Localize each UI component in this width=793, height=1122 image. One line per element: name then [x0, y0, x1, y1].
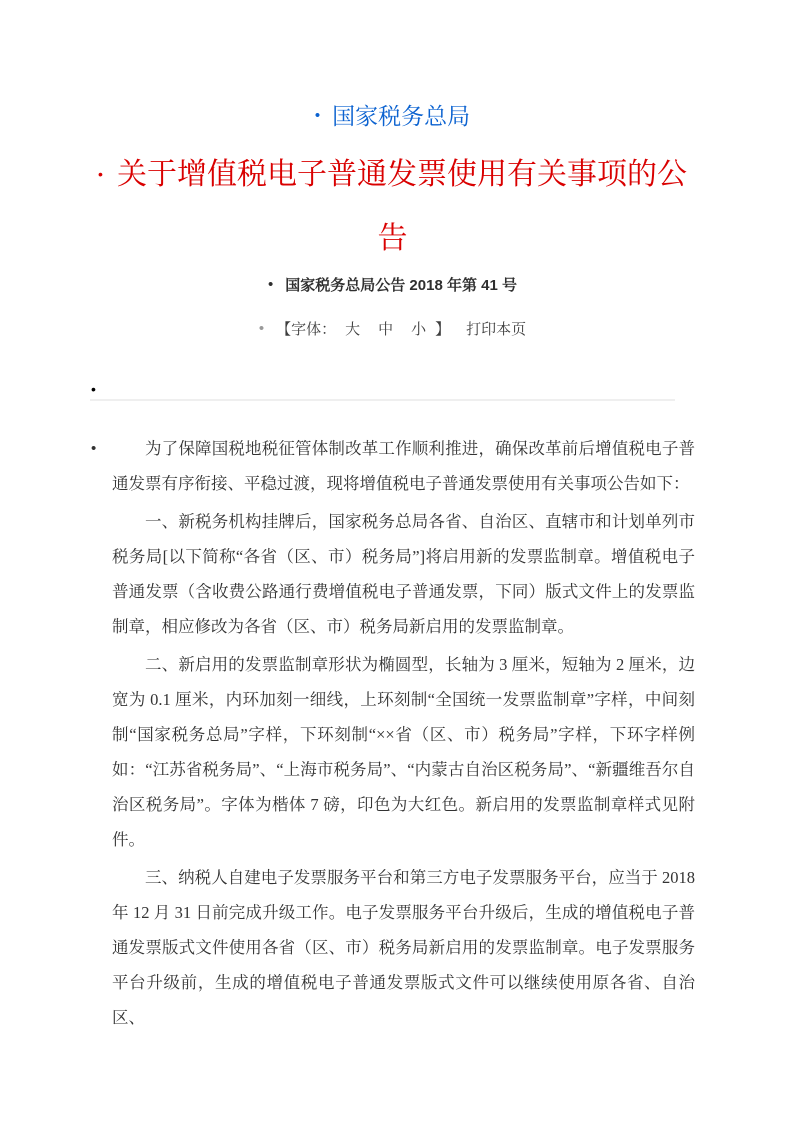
list-item-empty: •: [90, 382, 695, 396]
doc-number: 国家税务总局公告 2018 年第 41 号: [285, 277, 517, 294]
document-page: { "bullet_glyph": "•", "header": { "site…: [0, 0, 793, 1122]
font-size-bar: •【字体：大中小】打印本页: [90, 319, 695, 342]
bullet-icon: •: [315, 108, 320, 123]
bullet-icon: •: [91, 382, 96, 396]
body-paragraph: 一、新税务机构挂牌后，国家税务总局各省、自治区、直辖市和计划单列市税务局[以下简…: [112, 504, 695, 644]
article-title: 关于增值税电子普通发票使用有关事项的公告: [117, 158, 687, 255]
announcement-body: 为了保障国税地税征管体制改革工作顺利推进，确保改革前后增值税电子普通发票有序衔接…: [112, 431, 695, 1035]
bullet-icon: •: [268, 277, 273, 292]
font-size-medium-button[interactable]: 中: [378, 322, 393, 338]
body-paragraph: 三、纳税人自建电子发票服务平台和第三方电子发票服务平台，应当于 2018 年 1…: [112, 860, 695, 1035]
body-paragraph: 为了保障国税地税征管体制改革工作顺利推进，确保改革前后增值税电子普通发票有序衔接…: [112, 431, 695, 501]
divider: [90, 399, 675, 401]
bullet-icon: •: [259, 321, 264, 336]
font-size-small-button[interactable]: 小: [411, 322, 426, 338]
site-link[interactable]: 国家税务总局: [332, 103, 470, 129]
font-bar-suffix: 】: [435, 322, 450, 338]
body-paragraph: 二、新启用的发票监制章形状为椭圆型，长轴为 3 厘米，短轴为 2 厘米，边宽为 …: [112, 647, 695, 857]
bullet-icon: •: [98, 167, 103, 181]
bullet-icon: •: [91, 431, 96, 466]
font-size-large-button[interactable]: 大: [345, 322, 360, 338]
content-area: •国家税务总局 •关于增值税电子普通发票使用有关事项的公告 •国家税务总局公告 …: [0, 0, 793, 1122]
print-page-button[interactable]: 打印本页: [466, 322, 526, 338]
list-item-site: •国家税务总局: [90, 103, 695, 130]
list-item-title: •关于增值税电子普通发票使用有关事项的公告: [90, 143, 695, 271]
list-item-doc-number: •国家税务总局公告 2018 年第 41 号: [90, 274, 695, 297]
list-item-body: • 为了保障国税地税征管体制改革工作顺利推进，确保改革前后增值税电子普通发票有序…: [90, 431, 695, 1035]
font-bar-prefix: 【字体：: [276, 322, 336, 338]
